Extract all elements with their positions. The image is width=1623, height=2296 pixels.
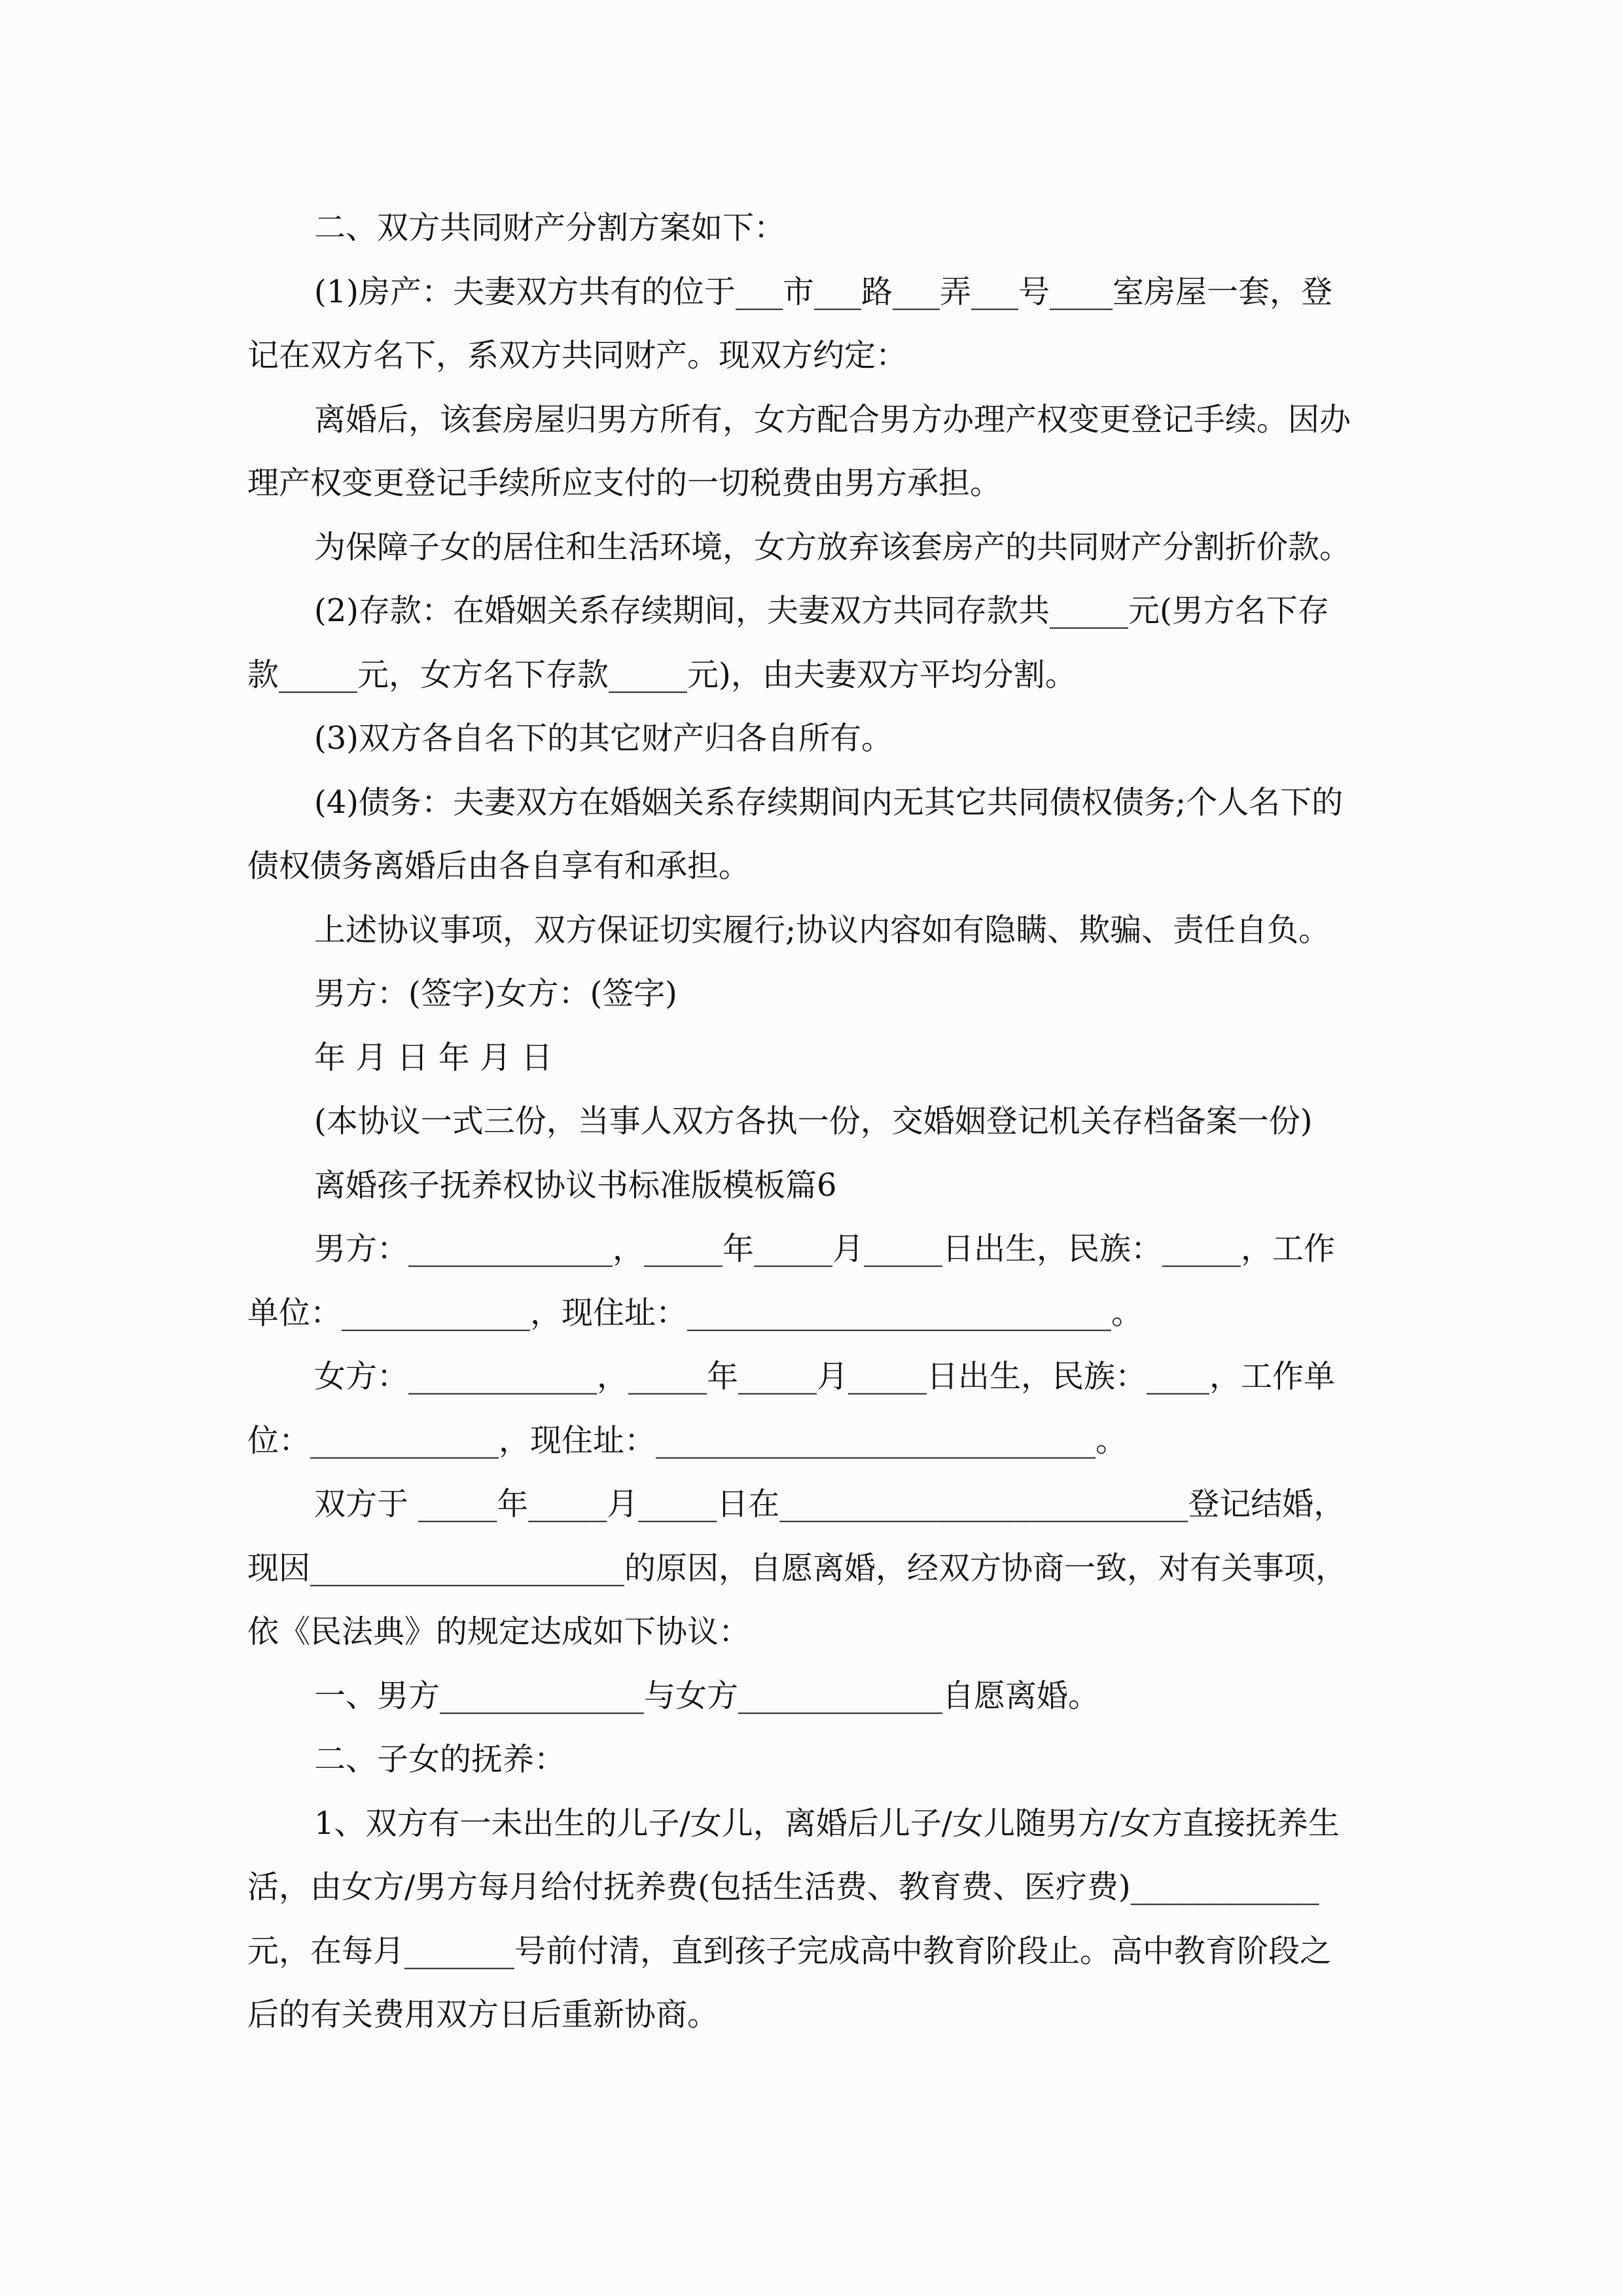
- date-line: 年 月 日 年 月 日: [247, 1026, 1378, 1090]
- paragraph-text: 离婚后，该套房屋归男方所有，女方配合男方办理产权变更登记手续。因办: [314, 401, 1351, 438]
- paragraph-text: (1)房产：夫妻双方共有的位于___市___路___弄___号____室房屋一套…: [314, 274, 1332, 310]
- signature-line: 男方：(签字)女方：(签字): [247, 962, 1378, 1026]
- paragraph-guarantee: 上述协议事项，双方保证切实履行;协议内容如有隐瞒、欺骗、责任自负。: [247, 899, 1378, 963]
- paragraph-text: 记在双方名下，系双方共同财产。现双方约定：: [247, 337, 907, 374]
- custody-line-1: 1、双方有一未出生的儿子/女儿，离婚后儿子/女儿随男方/女方直接抚养生: [247, 1792, 1378, 1856]
- custody-line-4: 后的有关费用双方日后重新协商。: [247, 1983, 1378, 2047]
- paragraph-house-waiver: 为保障子女的居住和生活环境，女方放弃该套房产的共同财产分割折价款。: [247, 516, 1378, 580]
- paragraph-house-line-1: (1)房产：夫妻双方共有的位于___市___路___弄___号____室房屋一套…: [247, 260, 1378, 325]
- party-text: 女方：____________，_____年_____月_____日出生，民族：…: [314, 1358, 1335, 1395]
- signature-text: 男方：(签字)女方：(签字): [314, 975, 677, 1012]
- paragraph-text: 活，由女方/男方每月给付抚养费(包括生活费、教育费、医疗费)__________…: [247, 1869, 1319, 1905]
- party-text: 男方：_____________，_____年_____月_____日出生，民族…: [314, 1230, 1335, 1267]
- paragraph-text: 款_____元，女方名下存款_____元)，由夫妻双方平均分割。: [247, 656, 1077, 693]
- paragraph-text: 上述协议事项，双方保证切实履行;协议内容如有隐瞒、欺骗、责任自负。: [314, 912, 1330, 948]
- party-male-line-2: 单位：____________，现住址：____________________…: [247, 1282, 1378, 1346]
- custody-line-3: 元，在每月_______号前付清，直到孩子完成高中教育阶段止。高中教育阶段之: [247, 1920, 1378, 1984]
- paragraph-text: 1、双方有一未出生的儿子/女儿，离婚后儿子/女儿随男方/女方直接抚养生: [314, 1805, 1340, 1842]
- document-body: 二、双方共同财产分割方案如下： (1)房产：夫妻双方共有的位于___市___路_…: [247, 196, 1378, 2047]
- paragraph-text: (2)存款：在婚姻关系存续期间，夫妻双方共同存款共_____元(男方名下存: [314, 592, 1329, 629]
- paragraph-text: (3)双方各自名下的其它财产归各自所有。: [314, 720, 893, 757]
- paragraph-text: 债权债务离婚后由各自享有和承担。: [247, 848, 750, 884]
- paragraph-savings-line-1: (2)存款：在婚姻关系存续期间，夫妻双方共同存款共_____元(男方名下存: [247, 579, 1378, 643]
- marriage-line-2: 现因____________________的原因，自愿离婚，经双方协商一致，对…: [247, 1537, 1378, 1601]
- party-text: 位：____________，现住址：_____________________…: [247, 1422, 1127, 1459]
- paragraph-house-after-line-2: 理产权变更登记手续所应支付的一切税费由男方承担。: [247, 452, 1378, 516]
- marriage-line-3: 依《民法典》的规定达成如下协议：: [247, 1600, 1378, 1664]
- paragraph-text: 理产权变更登记手续所应支付的一切税费由男方承担。: [247, 465, 1001, 501]
- title-text: 离婚孩子抚养权协议书标准版模板篇6: [314, 1167, 837, 1204]
- paragraph-house-line-2: 记在双方名下，系双方共同财产。现双方约定：: [247, 324, 1378, 388]
- paragraph-other-property: (3)双方各自名下的其它财产归各自所有。: [247, 707, 1378, 771]
- paragraph-debts-line-2: 债权债务离婚后由各自享有和承担。: [247, 834, 1378, 899]
- marriage-line-1: 双方于 _____年_____月_____日在_________________…: [247, 1473, 1378, 1537]
- party-female-line-2: 位：____________，现住址：_____________________…: [247, 1409, 1378, 1473]
- paragraph-text: 双方于 _____年_____月_____日在_________________…: [314, 1486, 1345, 1522]
- heading-text: 二、子女的抚养：: [314, 1741, 565, 1778]
- custody-line-2: 活，由女方/男方每月给付抚养费(包括生活费、教育费、医疗费)__________…: [247, 1856, 1378, 1920]
- paragraph-savings-line-2: 款_____元，女方名下存款_____元)，由夫妻双方平均分割。: [247, 643, 1378, 708]
- document-page: 二、双方共同财产分割方案如下： (1)房产：夫妻双方共有的位于___市___路_…: [0, 0, 1623, 2296]
- paragraph-debts-line-1: (4)债务：夫妻双方在婚姻关系存续期间内无其它共同债权债务;个人名下的: [247, 771, 1378, 835]
- date-text: 年 月 日 年 月 日: [314, 1039, 552, 1076]
- paragraph-text: 依《民法典》的规定达成如下协议：: [247, 1613, 750, 1650]
- paragraph-text: 后的有关费用双方日后重新协商。: [247, 1996, 719, 2033]
- note-text: (本协议一式三份，当事人双方各执一份，交婚姻登记机关存档备案一份): [314, 1103, 1312, 1139]
- article-two-heading: 二、子女的抚养：: [247, 1728, 1378, 1792]
- article-one: 一、男方_____________与女方_____________自愿离婚。: [247, 1664, 1378, 1729]
- paragraph-text: 元，在每月_______号前付清，直到孩子完成高中教育阶段止。高中教育阶段之: [247, 1933, 1331, 1969]
- section-heading-property-division: 二、双方共同财产分割方案如下：: [247, 196, 1378, 260]
- party-male-line-1: 男方：_____________，_____年_____月_____日出生，民族…: [247, 1217, 1378, 1282]
- paragraph-text: 现因____________________的原因，自愿离婚，经双方协商一致，对…: [247, 1550, 1347, 1587]
- heading-text: 二、双方共同财产分割方案如下：: [314, 209, 785, 246]
- paragraph-house-after-line-1: 离婚后，该套房屋归男方所有，女方配合男方办理产权变更登记手续。因办: [247, 388, 1378, 452]
- party-female-line-1: 女方：____________，_____年_____月_____日出生，民族：…: [247, 1345, 1378, 1409]
- party-text: 单位：____________，现住址：____________________…: [247, 1295, 1143, 1331]
- copies-note: (本协议一式三份，当事人双方各执一份，交婚姻登记机关存档备案一份): [247, 1090, 1378, 1154]
- article-text: 一、男方_____________与女方_____________自愿离婚。: [314, 1677, 1099, 1714]
- paragraph-text: (4)债务：夫妻双方在婚姻关系存续期间内无其它共同债权债务;个人名下的: [314, 784, 1343, 821]
- template-title: 离婚孩子抚养权协议书标准版模板篇6: [247, 1154, 1378, 1218]
- paragraph-text: 为保障子女的居住和生活环境，女方放弃该套房产的共同财产分割折价款。: [314, 529, 1351, 565]
